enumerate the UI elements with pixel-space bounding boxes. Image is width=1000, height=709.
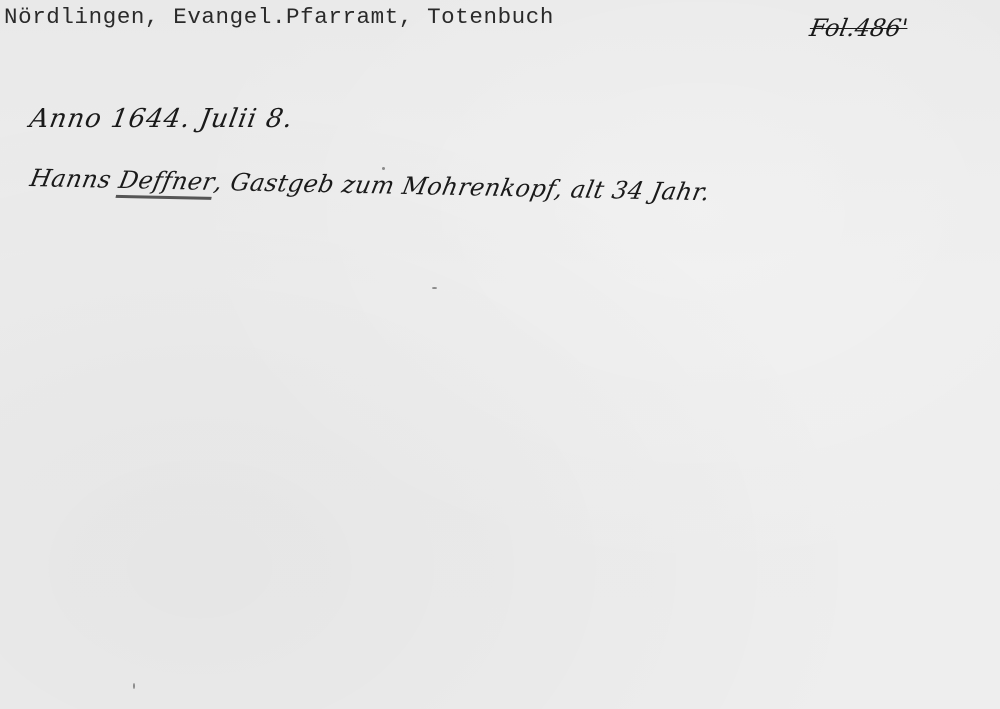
entry-surname: Deffner [116, 166, 218, 200]
entry-first-name: Hanns [28, 164, 114, 194]
paper-speck [382, 167, 385, 170]
card-header-typed: Nördlingen, Evangel.Pfarramt, Totenbuch [4, 4, 554, 30]
folio-number: Fol.486' [808, 14, 910, 42]
entry-record: Hanns Deffner, Gastgeb zum Mohrenkopf, a… [27, 164, 713, 210]
index-card: Nördlingen, Evangel.Pfarramt, Totenbuch … [0, 0, 1000, 709]
paper-speck [432, 287, 437, 289]
paper-speck [133, 683, 135, 689]
entry-date: Anno 1644. Julii 8. [27, 104, 295, 134]
entry-description: , Gastgeb zum Mohrenkopf, alt 34 Jahr. [212, 168, 713, 206]
